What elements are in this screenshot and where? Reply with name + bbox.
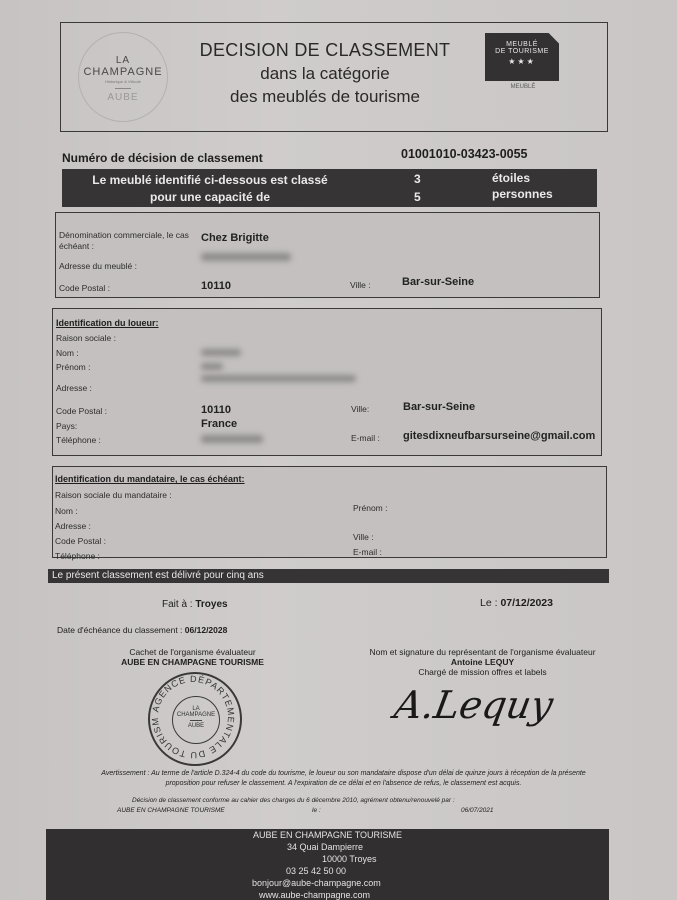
- owner-address-redacted: [201, 375, 356, 382]
- capacity-value: 5: [414, 190, 421, 204]
- badge-line1: MEUBLÉ: [485, 41, 559, 48]
- badge-line2: DE TOURISME: [485, 48, 559, 55]
- agent-section: Identification du mandataire, le cas éch…: [52, 466, 607, 558]
- footer-org: AUBE EN CHAMPAGNE TOURISME: [253, 830, 402, 840]
- owner-email-value[interactable]: gitesdixneufbarsurseine@gmail.com: [403, 430, 595, 442]
- stamp-center-line2: CHAMPAGNE: [173, 712, 219, 718]
- property-postal-value: 10110: [201, 280, 231, 292]
- agent-section-title: Identification du mandataire, le cas éch…: [55, 474, 245, 484]
- owner-country-label: Pays:: [56, 421, 77, 431]
- warning-line1: Avertissement : Au terme de l'article D.…: [46, 769, 641, 779]
- document-title: DECISION DE CLASSEMENT dans la catégorie…: [180, 40, 470, 107]
- title-line3: des meublés de tourisme: [180, 87, 470, 107]
- agent-phone-label: Téléphone :: [55, 551, 100, 561]
- meuble-tourisme-badge: MEUBLÉ DE TOURISME ★★★: [485, 33, 559, 81]
- agent-lastname-label: Nom :: [55, 506, 78, 516]
- classification-band: Le meublé identifié ci-dessous est class…: [62, 169, 597, 207]
- decision-number-value: 01001010-03423-0055: [401, 147, 528, 161]
- conformity-date: 06/07/2021: [461, 807, 494, 814]
- signatory-name: Antoine LEQUY: [340, 657, 625, 667]
- place-label: Fait à :: [162, 599, 193, 610]
- conformity-org: AUBE EN CHAMPAGNE TOURISME: [117, 807, 225, 814]
- conformity-date-label: le :: [312, 807, 321, 814]
- agent-company-label: Raison sociale du mandataire :: [55, 490, 172, 500]
- validity-band: Le présent classement est délivré pour c…: [48, 569, 609, 583]
- owner-lastname-redacted: [201, 349, 241, 356]
- agent-city-label: Ville :: [353, 532, 374, 542]
- footer-phone: 03 25 42 50 00: [286, 866, 346, 876]
- date-label: Le :: [480, 597, 498, 609]
- stars-unit: étoiles: [492, 171, 530, 185]
- official-stamp: AGENCE DÉPARTEMENTALE DU TOURISME LA CHA…: [148, 672, 242, 766]
- logo-line3: AUBE: [79, 92, 167, 103]
- owner-postal-label: Code Postal :: [56, 406, 107, 416]
- logo-line1: LA: [79, 55, 167, 66]
- signature-caption: Nom et signature du représentant de l'or…: [340, 647, 625, 657]
- property-postal-label: Code Postal :: [59, 283, 110, 293]
- conformity-line: Décision de classement conforme au cahie…: [132, 797, 455, 804]
- expiry-value: 06/12/2028: [185, 625, 228, 635]
- property-address-label: Adresse du meublé :: [59, 261, 137, 271]
- agent-postal-label: Code Postal :: [55, 536, 106, 546]
- star-icon: ★★★: [485, 57, 559, 66]
- owner-country-value: France: [201, 418, 237, 430]
- stamp-center: LA CHAMPAGNE AUBE: [172, 696, 220, 744]
- owner-phone-label: Téléphone :: [56, 435, 101, 445]
- warning-notice: Avertissement : Au terme de l'article D.…: [46, 769, 641, 789]
- title-line2: dans la catégorie: [180, 64, 470, 84]
- property-city-label: Ville :: [350, 280, 371, 290]
- place-value: Troyes: [195, 599, 227, 610]
- badge-caption: MEUBLÉ: [508, 84, 538, 90]
- handwritten-signature: A.Lequy: [391, 683, 556, 727]
- document-page: LA CHAMPAGNE Historique & Viticole AUBE …: [0, 0, 677, 900]
- logo-line2: CHAMPAGNE: [79, 66, 167, 78]
- owner-city-label: Ville:: [351, 404, 369, 414]
- owner-email-label: E-mail :: [351, 433, 380, 443]
- owner-city-value: Bar-sur-Seine: [403, 401, 475, 413]
- footer-contact-block: AUBE EN CHAMPAGNE TOURISME 34 Quai Dampi…: [46, 829, 609, 900]
- validity-text: Le présent classement est délivré pour c…: [52, 570, 264, 581]
- owner-company-label: Raison sociale :: [56, 333, 116, 343]
- issuance-date: Le : 07/12/2023: [480, 597, 553, 609]
- property-address-redacted: [201, 253, 291, 261]
- logo-tagline: Historique & Viticole: [79, 79, 167, 84]
- logo-divider: [115, 88, 131, 89]
- property-section: Dénomination commerciale, le cas échéant…: [55, 212, 600, 298]
- owner-firstname-redacted: [201, 363, 223, 370]
- owner-lastname-label: Nom :: [56, 348, 79, 358]
- property-city-value: Bar-sur-Seine: [402, 276, 474, 288]
- stars-value: 3: [414, 172, 421, 186]
- stamp-org: AUBE EN CHAMPAGNE TOURISME: [100, 657, 285, 667]
- property-name-value: Chez Brigitte: [201, 232, 269, 244]
- owner-phone-redacted: [201, 435, 263, 443]
- footer-city: 10000 Troyes: [322, 854, 377, 864]
- owner-postal-value: 10110: [201, 404, 231, 416]
- classification-line1: Le meublé identifié ci-dessous est class…: [70, 173, 350, 187]
- owner-section-title: Identification du loueur:: [56, 318, 159, 328]
- owner-section: Identification du loueur: Raison sociale…: [52, 308, 602, 456]
- date-value: 07/12/2023: [500, 597, 553, 609]
- signature-caption-block: Nom et signature du représentant de l'or…: [340, 647, 625, 677]
- signatory-role: Chargé de mission offres et labels: [340, 667, 625, 677]
- footer-website[interactable]: www.aube-champagne.com: [259, 890, 370, 900]
- owner-firstname-label: Prénom :: [56, 362, 91, 372]
- issuance-place: Fait à : Troyes: [162, 599, 228, 610]
- owner-address-label: Adresse :: [56, 383, 92, 393]
- footer-email[interactable]: bonjour@aube-champagne.com: [252, 878, 381, 888]
- stamp-center-line3: AUBE: [173, 723, 219, 729]
- stamp-caption: Cachet de l'organisme évaluateur: [100, 647, 285, 657]
- stamp-caption-block: Cachet de l'organisme évaluateur AUBE EN…: [100, 647, 285, 667]
- expiry-label: Date d'échéance du classement :: [57, 625, 182, 635]
- classification-line2: pour une capacité de: [70, 190, 350, 204]
- warning-line2: proposition pour refuser le classement. …: [46, 779, 641, 789]
- agent-firstname-label: Prénom :: [353, 503, 388, 513]
- agent-email-label: E-mail :: [353, 547, 382, 557]
- title-line1: DECISION DE CLASSEMENT: [180, 40, 470, 61]
- champagne-aube-logo: LA CHAMPAGNE Historique & Viticole AUBE: [78, 32, 168, 122]
- decision-number-label: Numéro de décision de classement: [62, 151, 263, 165]
- expiry-date: Date d'échéance du classement : 06/12/20…: [57, 625, 227, 635]
- capacity-unit: personnes: [492, 187, 553, 201]
- agent-address-label: Adresse :: [55, 521, 91, 531]
- property-name-label: Dénomination commerciale, le cas échéant…: [59, 230, 189, 252]
- footer-street: 34 Quai Dampierre: [287, 842, 363, 852]
